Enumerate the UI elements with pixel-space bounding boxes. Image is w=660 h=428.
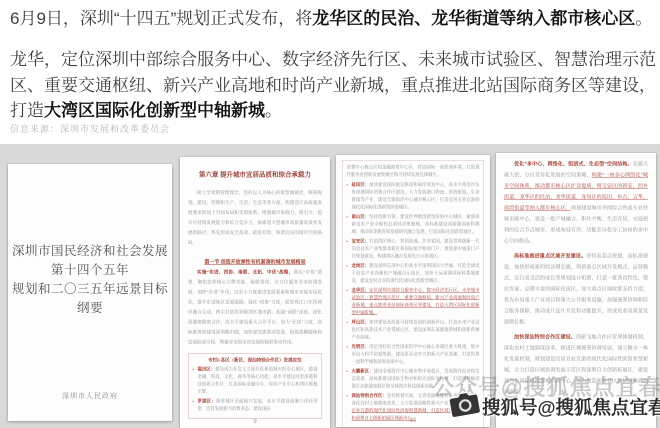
chapter-intro: 树立全周期管理理念，坚持以人为核心的新型城镇化，统筹规划、建设、管理和生产、生活… — [188, 188, 322, 248]
headline: 6月9日，深圳“十四五”规划正式发布，将龙华区的民治、龙华街道等纳入都市核心区。 — [10, 6, 654, 31]
district-text: 打造湾区核心、智创高地、共享家园，建设世界级新一代信息技术产业集群承载区和国际航… — [352, 239, 480, 259]
district-text: 定位深圳中部综合服务中心、数字经济先行区、未来城市试验区、智慧治理示范区、重要交… — [352, 288, 480, 316]
district-name: 福田区： — [198, 367, 216, 372]
district-name: 坪山区： — [352, 320, 370, 325]
section-lead: 实施“东进、西协、南联、北拓、中优”战略， — [197, 270, 294, 275]
district-name: 龙岗区： — [352, 263, 370, 268]
district-text: 建设成为社会主义现代化典范城市的中心城区，做强金融、科技、文化、商务等核心功能，… — [198, 367, 318, 395]
district-item: 龙岗区：建设深圳东部中心和高水平深圳国际大学城，打造全球电子信息产业高地和产城融… — [347, 262, 480, 285]
district-item: 罗湖区：推进城区全面振兴发展，高水平建设深港口岸经济带，培育发展新兴消费业态，建… — [193, 398, 318, 413]
paragraph-lead: 优化“多中心、网络化、组团式、生态型”空间结构。 — [514, 162, 633, 168]
article-paragraph: 龙华，定位深圳中部综合服务中心、数字经济先行区、未来城市试验区、智慧治理示范区、… — [10, 47, 656, 124]
district-box-title: 专栏6 各区（新区、深汕特别合作区）发展定位 — [193, 357, 318, 364]
article-screenshot: 6月9日，深圳“十四五”规划正式发布，将龙华区的民治、龙华街道等纳入都市核心区。… — [0, 0, 660, 428]
paragraph-text: 规划建设城市外围综合性或专业性城市副中心，建设一批产城融合、职住平衡、生态宜居、… — [504, 206, 648, 245]
plan-title: 深圳市国民经济和社会发展第十四个五年 规划和二〇三五年远景目标纲要 — [8, 242, 172, 318]
district-item: 宝安区：打造湾区核心、智创高地、共享家园，建设世界级新一代信息技术产业集群承载区… — [347, 238, 480, 261]
district-name: 深汕特别合作区： — [352, 393, 387, 398]
source-note: 信息来源：深圳市发展和改革委员会 — [10, 122, 170, 135]
paragraph-spatial: 优化“多中心、网络化、组团式、生态型”空间结构。实施大疏大密、分区差异化发展的空… — [504, 159, 648, 247]
district-text: 坚持创新引领，建设世界级创新型滨海中心城区，做强高新技术产业中枢和总部经济集聚地… — [352, 214, 480, 234]
district-item: 福田区：建设成为社会主义现代化典范城市的中心城区，做强金融、科技、文化、商务等核… — [193, 366, 318, 396]
district-name: 宝安区： — [352, 239, 370, 244]
district-item: 坪山区：加快建设高质量可持续发展的创新坪山，打造未来产业试验区和高新技术产业带核… — [347, 319, 480, 342]
district-text: 加快建设高质量可持续发展的创新坪山，打造未来产业试验区和高新技术产业带核心区，建… — [352, 320, 480, 340]
headline-prefix: 6月9日，深圳“十四五”规划正式发布，将 — [10, 9, 312, 28]
district-item-longhua-highlighted: 龙华区：定位深圳中部综合服务中心、数字经济先行区、未来城市试验区、智慧治理示范区… — [347, 287, 480, 317]
paragraph-suffix: 。 — [265, 101, 282, 120]
district-text: 推进城区全面振兴发展，高水平建设深港口岸经济带，培育发展新兴消费业态，建设国际 — [198, 399, 318, 412]
district-item: 光明区：用足用好综合性国家科学中心核心承载区重大机遇，集中布局大科学装置集群，建… — [347, 343, 480, 366]
section-body: 实施“东进、西协、南联、北拓、中优”战略，落实“中优”部署，聚焦发挥核心引擎功能… — [188, 267, 322, 347]
district-text: 建设深圳东部中心和高水平深圳国际大学城，打造全球电子信息产业高地和产城融合示范区… — [352, 263, 480, 283]
paragraph-lead: 加快深汕特别合作区建设。 — [514, 335, 576, 341]
paragraph-key-areas: 高标准推进重点区域开发建设。坚持高起点规划、高标准建设，加快形成新的经济增长极，… — [504, 251, 648, 328]
district-name: 罗湖区： — [198, 399, 217, 404]
plan-publisher: 深圳市人民政府 — [8, 391, 172, 401]
district-name: 盐田区： — [352, 182, 370, 187]
section-text: 落实“中优”部署，聚焦发挥核心引擎功能，辐射带动、全方位服务全市协调发展；加快“… — [188, 270, 322, 345]
sohu-watermark: 搜狐号@搜狐焦点宜春站 — [450, 392, 660, 422]
watermark-text: 搜狐号@搜狐焦点宜春站 — [482, 394, 660, 420]
plan-cover-page: 深圳市国民经济和社会发展第十四个五年 规划和二〇三五年远景目标纲要 深圳市人民政… — [8, 164, 172, 421]
paragraph-lead: 高标准推进重点区域开发建设。 — [514, 254, 586, 260]
district-name: 龙华区： — [352, 288, 370, 293]
camera-icon — [448, 390, 483, 425]
section-title: 第一节 创造开放弹性有机紧凑的城市发展格局 — [188, 258, 322, 266]
page-number: 9 — [180, 419, 330, 425]
plan-page-chapter: 第六章 提升城市宜居品质和综合承载力 树立全周期管理理念，坚持以人为核心的新型城… — [180, 157, 330, 428]
paragraph-text: 坚持高起点规划、高标准建设，加快形成新的经济增长极，创新重点区域开发模式、运营模… — [504, 254, 648, 326]
district-text: 加快建设国际航运枢纽和离岸贸易中心，高水平推进沙头角深港国际消费合作区建设，大力… — [352, 182, 480, 210]
district-name: 南山区： — [352, 214, 370, 219]
district-text: 用足用好综合性国家科学中心核心承载区重大机遇，集中布局大科学装置集群，建设更具竞… — [352, 344, 480, 364]
district-name: 光明区： — [352, 344, 370, 349]
chapter-title: 第六章 提升城市宜居品质和综合承载力 — [188, 169, 322, 179]
district-name: 大鹏新区： — [352, 369, 374, 374]
district-box: 专栏6 各区（新区、深汕特别合作区）发展定位 福田区：建设成为社会主义现代化典范… — [188, 353, 322, 419]
paragraph-bold: 大湾区国际化创新型中轴新城 — [44, 101, 265, 120]
headline-bold: 龙华区的民治、龙华街道等纳入都市核心区 — [312, 9, 635, 28]
plan-title-line2: 规划和二〇三五年远景目标纲要 — [8, 280, 172, 318]
headline-suffix: 。 — [635, 9, 652, 28]
district-item: 盐田区：加快建设国际航运枢纽和离岸贸易中心，高水平推进沙头角深港国际消费合作区建… — [347, 181, 480, 211]
district-item: 南山区：坚持创新引领，建设世界级创新型滨海中心城区，做强高新技术产业中枢和总部经… — [347, 213, 480, 236]
plan-title-line1: 深圳市国民经济和社会发展第十四个五年 — [8, 242, 172, 280]
district-continuation: 消费中心核心区和金融商贸中心区，营造国际一流营商环境，打造现代服务业创新发展集聚… — [347, 164, 480, 179]
